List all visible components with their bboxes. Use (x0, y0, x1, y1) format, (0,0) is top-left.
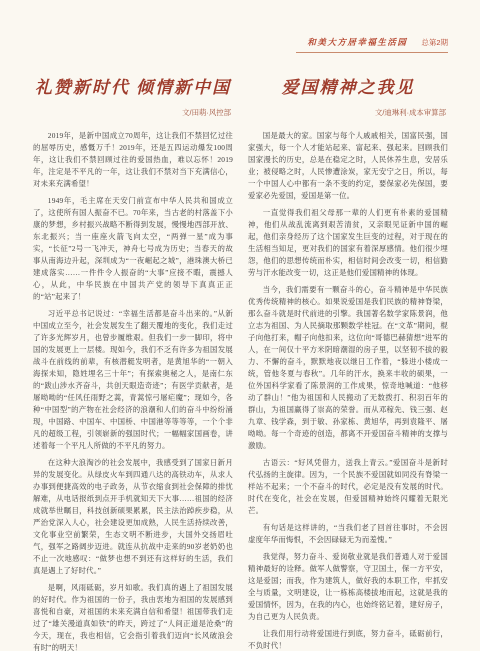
paragraph: 2019年，是新中国成立70周年，这让我们不禁回忆过往的屈辱历史，感慨万千！20… (33, 130, 233, 190)
masthead: 和美大方居幸福生活园 总第2期 (307, 36, 448, 48)
article-byline: 文/田萌·风控部 (33, 107, 231, 118)
paragraph: 有句话是这样讲的，“当我们老了回首往事时，不会因虚度年华而悔恨，不会因碌碌无为而… (248, 522, 448, 546)
article-title: 礼赞新时代 倾情新中国 (33, 77, 233, 99)
article-left: 礼赞新时代 倾情新中国 文/田萌·风控部 2019年，是新中国成立70周年，这让… (33, 77, 233, 651)
header-rule (296, 52, 448, 53)
magazine-page: 和美大方居幸福生活园 总第2期 礼赞新时代 倾情新中国 文/田萌·风控部 201… (0, 0, 480, 651)
article-right: 爱国精神之我见 文/迪琳利·成本审算部 国是最大的家。国家与每个人戚戚相关，国富… (248, 77, 448, 651)
paragraph: 古语云：“好风凭借力，送我上青云。”爱国奋斗是新时代弘扬的主旋律。因为，一个民族… (248, 457, 448, 517)
paragraph: 习近平总书记说过：“幸福生活都是奋斗出来的。”从新中国成立至今，社会发展发生了翻… (33, 308, 233, 452)
article-columns: 礼赞新时代 倾情新中国 文/田萌·风控部 2019年，是新中国成立70周年，这让… (33, 77, 448, 651)
article-byline: 文/迪琳利·成本审算部 (248, 107, 446, 118)
paragraph: 国是最大的家。国家与每个人戚戚相关，国富民强，国家强大，每一个人才能站起来、富起… (248, 130, 448, 202)
paragraph: 我觉得，努力奋斗、爱岗敬业就是我们普通人对于爱国精神最好的诠释。做军人做警察，守… (248, 551, 448, 623)
article-title: 爱国精神之我见 (248, 77, 448, 99)
paragraph: 1949年，毛主席在天安门前宣布中华人民共和国成立了，这使所有国人振奋不已。70… (33, 195, 233, 303)
paragraph: 在这种大浪淘沙的社会发展中，我感受到了国家日新月异的发展变化。从绿皮火车到四通八… (33, 457, 233, 577)
paragraph: 是啊，风雨砥砺，岁月如歌。我们真的遇上了祖国发展的好时代。作为祖国的一份子，我由… (33, 582, 233, 651)
masthead-calligraphy: 和美大方居幸福生活园 (307, 36, 407, 48)
issue-number: 总第2期 (421, 37, 448, 48)
paragraph: 让我们用行动将爱国进行到底，努力奋斗，砥砺前行，不负时代！ (248, 628, 448, 651)
page-header: 和美大方居幸福生活园 总第2期 (0, 0, 480, 53)
paragraph: 一直觉得我们祖父母那一辈的人们更有朴素的爱国精神，他们从战乱流离到艰苦清贫，又亲… (248, 207, 448, 279)
paragraph: 当今，我们需要有一颗奋斗的心，奋斗精神是中华民族优秀传统精神的核心。如果说爱国是… (248, 284, 448, 452)
